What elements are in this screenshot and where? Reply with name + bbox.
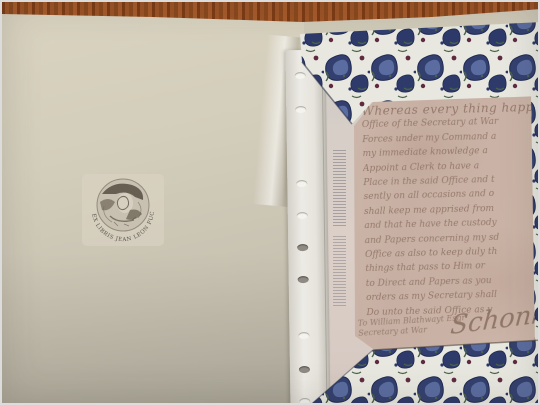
punch-hole xyxy=(297,244,308,251)
punch-hole xyxy=(298,276,309,283)
punch-hole xyxy=(298,332,309,339)
fine-print-rotated xyxy=(333,148,346,226)
ex-libris-bookplate: EX LIBRIS JEAN LEON FUCHS xyxy=(80,172,166,248)
punch-hole xyxy=(296,180,307,187)
punch-hole xyxy=(299,366,310,373)
punch-hole xyxy=(295,72,306,79)
sheet-protector-strip xyxy=(285,50,330,405)
page-bottom-shadow xyxy=(2,252,304,405)
bookplate-engraving: EX LIBRIS JEAN LEON FUCHS xyxy=(80,172,166,248)
punch-hole xyxy=(299,398,310,405)
punch-hole xyxy=(295,106,306,113)
photo-open-folder: EX LIBRIS JEAN LEON FUCHS Whereas every … xyxy=(0,0,540,405)
letter-body-text: Whereas every thing happ Office of the S… xyxy=(361,100,538,320)
fine-print-rotated xyxy=(333,234,346,306)
punch-hole xyxy=(297,212,308,219)
